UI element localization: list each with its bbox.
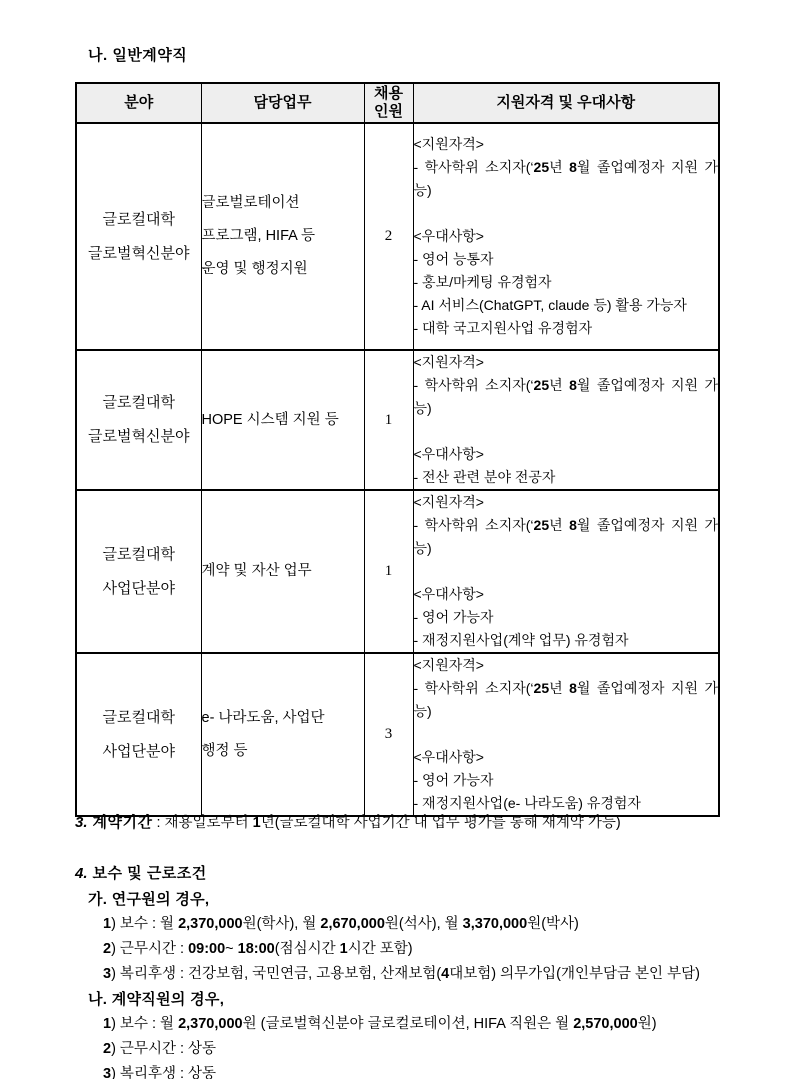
detail-line: <지원자격> bbox=[414, 654, 719, 677]
detail-line: <우대사항> bbox=[414, 225, 719, 248]
detail-line: <지원자격> bbox=[414, 351, 719, 374]
detail-line: - 학사학위 소지자(‘25년 8월 졸업예정자 지원 가능) bbox=[414, 156, 719, 202]
detail-line bbox=[414, 202, 719, 225]
detail-line: - 영어 가능자 bbox=[414, 769, 719, 792]
detail-line: - 학사학위 소지자(‘25년 8월 졸업예정자 지원 가능) bbox=[414, 374, 719, 420]
subsection-title: 나. 계약직원의 경우, bbox=[75, 987, 775, 1012]
qualifications-cell: <지원자격>- 학사학위 소지자(‘25년 8월 졸업예정자 지원 가능)<우대… bbox=[413, 350, 719, 490]
subsection-item: 3) 복리후생 : 상동 bbox=[75, 1062, 775, 1079]
detail-line bbox=[414, 560, 719, 583]
detail-line: <우대사항> bbox=[414, 583, 719, 606]
detail-line: - 대학 국고지원사업 유경험자 bbox=[414, 317, 719, 340]
section4-title: 보수 및 근로조건 bbox=[93, 865, 207, 882]
table-header-row: 분야담당업무채용 인원지원자격 및 우대사항 bbox=[76, 83, 719, 123]
qualifications-cell: <지원자격>- 학사학위 소지자(‘25년 8월 졸업예정자 지원 가능)<우대… bbox=[413, 490, 719, 653]
headcount-cell: 1 bbox=[364, 350, 413, 490]
bottom-sections: 3.계약기간: 채용일로부터 1년(글로컬대학 사업기간 내 업무 평가를 통해… bbox=[75, 810, 775, 1079]
detail-line: - 영어 능통자 bbox=[414, 248, 719, 271]
page-title: 나. 일반계약직 bbox=[88, 44, 187, 65]
detail-line: - 학사학위 소지자(‘25년 8월 졸업예정자 지원 가능) bbox=[414, 677, 719, 723]
detail-line: - 전산 관련 분야 전공자 bbox=[414, 466, 719, 489]
detail-line: - AI 서비스(ChatGPT, claude 등) 활용 가능자 bbox=[414, 294, 719, 317]
contract-period-line: 3.계약기간: 채용일로부터 1년(글로컬대학 사업기간 내 업무 평가를 통해… bbox=[75, 810, 775, 836]
column-header: 담당업무 bbox=[201, 83, 364, 123]
subsection-item: 1) 보수 : 월 2,370,000원 (글로벌혁신분야 글로컬로테이션, H… bbox=[75, 1012, 775, 1037]
detail-line: - 영어 가능자 bbox=[414, 606, 719, 629]
table-row: 글로컬대학 사업단분야e- 나라도움, 사업단 행정 등3<지원자격>- 학사학… bbox=[76, 653, 719, 816]
section3-number: 3. bbox=[75, 814, 88, 831]
qualifications-cell: <지원자격>- 학사학위 소지자(‘25년 8월 졸업예정자 지원 가능)<우대… bbox=[413, 123, 719, 350]
detail-line: - 학사학위 소지자(‘25년 8월 졸업예정자 지원 가능) bbox=[414, 514, 719, 560]
column-header: 지원자격 및 우대사항 bbox=[413, 83, 719, 123]
detail-line: <지원자격> bbox=[414, 491, 719, 514]
table-row: 글로컬대학 사업단분야계약 및 자산 업무1<지원자격>- 학사학위 소지자(‘… bbox=[76, 490, 719, 653]
headcount-cell: 3 bbox=[364, 653, 413, 816]
field-cell: 글로컬대학 글로벌혁신분야 bbox=[76, 123, 201, 350]
subsection-item: 1) 보수 : 월 2,370,000원(학사), 월 2,670,000원(석… bbox=[75, 912, 775, 937]
section3-text: : 채용일로부터 1년(글로컬대학 사업기간 내 업무 평가를 통해 재계약 가… bbox=[156, 815, 620, 831]
detail-line: <우대사항> bbox=[414, 443, 719, 466]
recruitment-table: 분야담당업무채용 인원지원자격 및 우대사항 글로컬대학 글로벌혁신분야글로벌로… bbox=[75, 82, 720, 817]
document-page: 나. 일반계약직 분야담당업무채용 인원지원자격 및 우대사항 글로컬대학 글로… bbox=[0, 0, 793, 1079]
duty-cell: HOPE 시스템 지원 등 bbox=[201, 350, 364, 490]
detail-line: <지원자격> bbox=[414, 133, 719, 156]
headcount-cell: 1 bbox=[364, 490, 413, 653]
column-header: 채용 인원 bbox=[364, 83, 413, 123]
subsection-title: 가. 연구원의 경우, bbox=[75, 887, 775, 912]
compensation-heading: 4.보수 및 근로조건 bbox=[75, 861, 775, 887]
detail-line: <우대사항> bbox=[414, 746, 719, 769]
detail-line bbox=[414, 723, 719, 746]
subsection-item: 3) 복리후생 : 건강보험, 국민연금, 고용보험, 산재보험(4대보험) 의… bbox=[75, 962, 775, 987]
subsection-item: 2) 근무시간 : 상동 bbox=[75, 1037, 775, 1062]
section4-number: 4. bbox=[75, 865, 88, 882]
headcount-cell: 2 bbox=[364, 123, 413, 350]
field-cell: 글로컬대학 사업단분야 bbox=[76, 653, 201, 816]
duty-cell: 글로벌로테이션 프로그램, HIFA 등 운영 및 행정지원 bbox=[201, 123, 364, 350]
subsection-item: 2) 근무시간 : 09:00~ 18:00(점심시간 1시간 포함) bbox=[75, 937, 775, 962]
detail-line bbox=[414, 420, 719, 443]
detail-line: - 재정지원사업(계약 업무) 유경험자 bbox=[414, 629, 719, 652]
section3-title: 계약기간 bbox=[93, 814, 153, 831]
duty-cell: 계약 및 자산 업무 bbox=[201, 490, 364, 653]
qualifications-cell: <지원자격>- 학사학위 소지자(‘25년 8월 졸업예정자 지원 가능)<우대… bbox=[413, 653, 719, 816]
table-row: 글로컬대학 글로벌혁신분야글로벌로테이션 프로그램, HIFA 등 운영 및 행… bbox=[76, 123, 719, 350]
field-cell: 글로컬대학 사업단분야 bbox=[76, 490, 201, 653]
column-header: 분야 bbox=[76, 83, 201, 123]
detail-line: - 홍보/마케팅 유경험자 bbox=[414, 271, 719, 294]
duty-cell: e- 나라도움, 사업단 행정 등 bbox=[201, 653, 364, 816]
compensation-subsections: 가. 연구원의 경우,1) 보수 : 월 2,370,000원(학사), 월 2… bbox=[75, 887, 775, 1079]
table-row: 글로컬대학 글로벌혁신분야HOPE 시스템 지원 등1<지원자격>- 학사학위 … bbox=[76, 350, 719, 490]
field-cell: 글로컬대학 글로벌혁신분야 bbox=[76, 350, 201, 490]
